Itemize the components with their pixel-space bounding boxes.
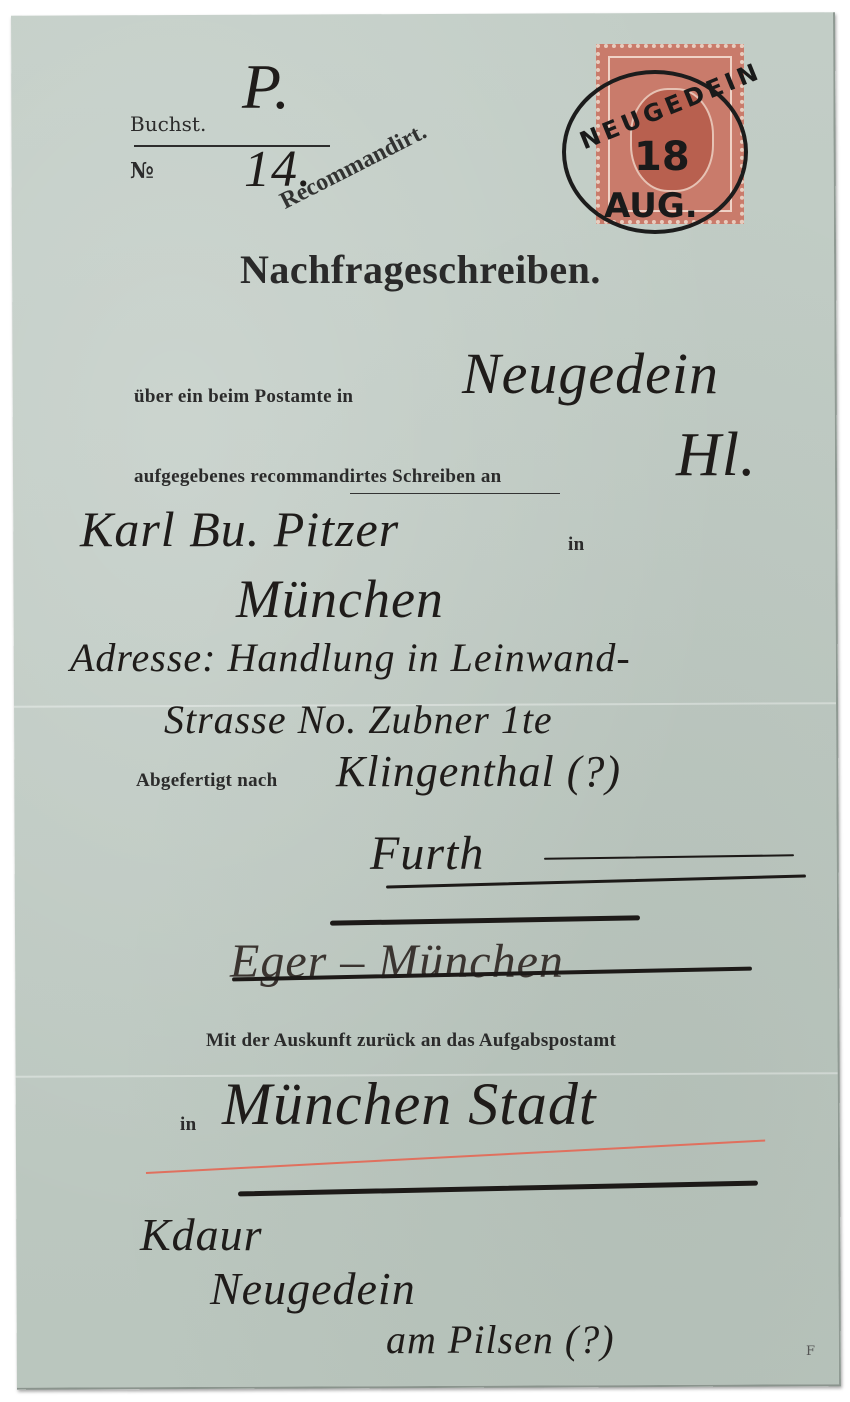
printed-return-line: Mit der Auskunft zurück an das Aufgabspo… xyxy=(206,1030,616,1052)
handwritten-route-struck-1: Furth xyxy=(370,826,484,881)
handwritten-route-1: Klingenthal (?) xyxy=(336,746,621,797)
handwritten-recipient-city: München xyxy=(236,568,444,630)
number-label: № xyxy=(130,158,154,184)
handwritten-route-struck-2: Eger – München xyxy=(230,934,564,989)
printed-line-postamt: über ein beim Postamte in xyxy=(134,386,353,408)
buchst-label: Buchst. xyxy=(130,112,206,136)
printed-line-schreiben: aufgegebenes recommandirtes Schreiben an xyxy=(134,466,502,488)
printed-in-label-2: in xyxy=(180,1114,196,1136)
handwritten-closing-3: am Pilsen (?) xyxy=(386,1316,615,1363)
handwritten-post-office: Neugedein xyxy=(462,340,719,407)
handwritten-salutation: Hl. xyxy=(676,420,757,491)
postmark-day: 18 xyxy=(634,134,690,180)
handwritten-closing-1: Kdaur xyxy=(140,1208,263,1261)
underline xyxy=(350,493,560,494)
corner-mark: F xyxy=(806,1344,815,1359)
form-title: Nachfrageschreiben. xyxy=(240,246,601,293)
postmark-month: AUG. xyxy=(604,186,698,226)
handwritten-address-line1: Adresse: Handlung in Leinwand- xyxy=(70,634,631,681)
printed-abgefertigt: Abgefertigt nach xyxy=(136,770,277,792)
handwritten-address-line2: Strasse No. Zubner 1te xyxy=(164,696,553,743)
handwritten-return-office: München Stadt xyxy=(222,1070,597,1139)
printed-in-label: in xyxy=(568,534,584,556)
handwritten-closing-2: Neugedein xyxy=(210,1262,416,1315)
handwritten-recipient: Karl Bu. Pitzer xyxy=(80,500,399,558)
buchst-value: P. xyxy=(242,50,291,124)
